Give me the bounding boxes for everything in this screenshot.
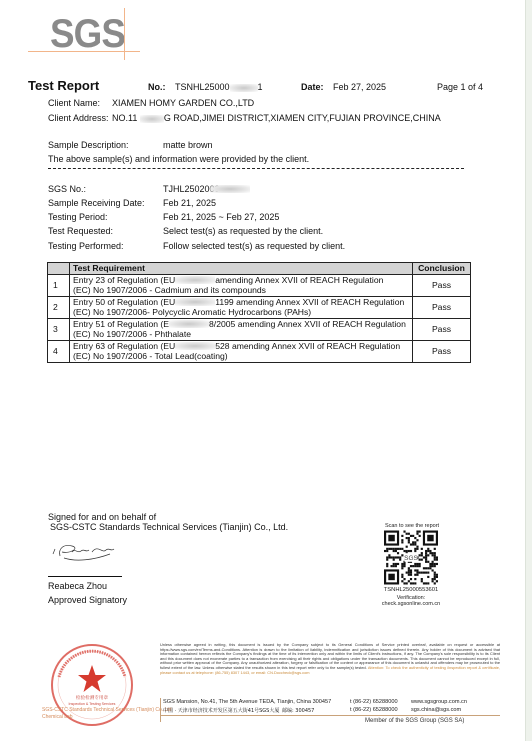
dashed-divider [48, 168, 464, 169]
signature-line [48, 576, 122, 577]
redacted-blur [230, 84, 258, 92]
qr-verification-site: check.sgsonline.com.cn [378, 601, 444, 607]
sample-description-label: Sample Description: [48, 140, 129, 150]
table-header-num [48, 263, 70, 275]
table-row: 3Entry 51 of Regulation (E8/2005 amendin… [48, 318, 471, 340]
stamp-text-line2: Chemical Lab [42, 714, 73, 720]
client-name-value: XIAMEN HOMY GARDEN CO.,LTD [112, 98, 254, 108]
row-requirement: Entry 23 of Regulation (EUamending Annex… [70, 274, 413, 296]
logo-accent-line [124, 8, 125, 60]
footer-rule [160, 715, 500, 716]
client-address-label: Client Address: [48, 113, 109, 123]
requirement-line1a: Entry 63 of Regulation (EU [73, 341, 175, 351]
requirement-line1a: Entry 51 of Regulation (E [73, 319, 169, 329]
signer-title: Approved Signatory [48, 595, 127, 605]
test-requirements-table: Test Requirement Conclusion 1Entry 23 of… [47, 262, 471, 363]
qr-caption: Scan to see the report [382, 523, 442, 529]
report-number-label: No.: [148, 82, 166, 92]
redacted-blur [210, 185, 250, 193]
requirement-line1b: amending Annex XVII of REACH Regulation [215, 275, 383, 285]
requirement-line1b: 528 amending Annex XVII of REACH Regulat… [215, 341, 400, 351]
date-value: Feb 27, 2025 [333, 82, 386, 92]
detail-label: Sample Receiving Date: [48, 198, 145, 208]
requirement-line2: (EC) No 1907/2006 - Cadmium and its comp… [73, 285, 266, 295]
detail-value: Select test(s) as requested by the clien… [163, 226, 323, 236]
detail-value: Follow selected test(s) as requested by … [163, 241, 345, 251]
requirement-line1a: Entry 50 of Regulation (EU [73, 297, 175, 307]
client-address-value: NO.11 G ROAD,JIMEI DISTRICT,XIAMEN CITY,… [112, 113, 441, 123]
row-conclusion: Pass [413, 274, 471, 296]
detail-label: Testing Period: [48, 212, 108, 222]
address-start: NO.11 [112, 113, 137, 123]
date-label: Date: [301, 82, 324, 92]
redacted-blur [175, 342, 215, 350]
requirement-line2: (EC) No 1907/2006- Polycyclic Aromatic H… [73, 307, 311, 317]
row-requirement: Entry 51 of Regulation (E8/2005 amending… [70, 318, 413, 340]
row-conclusion: Pass [413, 296, 471, 318]
handwritten-signature [50, 540, 120, 564]
page-right-edge [525, 0, 532, 741]
row-number: 1 [48, 274, 70, 296]
sample-provided-note: The above sample(s) and information were… [48, 154, 309, 164]
detail-value: Feb 21, 2025 [163, 198, 216, 208]
requirement-line1a: Entry 23 of Regulation (EU [73, 275, 175, 285]
row-number: 2 [48, 296, 70, 318]
detail-label: SGS No.: [48, 184, 86, 194]
qr-code[interactable]: SGS [384, 530, 438, 585]
row-requirement: Entry 63 of Regulation (EU528 amending A… [70, 340, 413, 362]
redacted-blur [175, 276, 215, 284]
address-en: SGS Mansion, No.41, The 5th Avenue TEDA,… [163, 699, 331, 705]
row-requirement: Entry 50 of Regulation (EU1199 amending … [70, 296, 413, 318]
row-number: 3 [48, 318, 70, 340]
detail-value: Feb 21, 2025 ~ Feb 27, 2025 [163, 212, 279, 222]
stamp-center-en: Inspection & Testing Services [69, 702, 116, 706]
official-seal-stamp: 检验检测专用章 Inspection & Testing Services [45, 641, 139, 735]
redacted-blur [169, 320, 209, 328]
table-row: 4Entry 63 of Regulation (EU528 amending … [48, 340, 471, 362]
signing-company: SGS-CSTC Standards Technical Services (T… [50, 522, 288, 532]
redacted-blur [175, 298, 215, 306]
table-header-conclusion: Conclusion [413, 263, 471, 275]
qr-report-code: TSNHL25000553601 [378, 587, 444, 593]
email-link[interactable]: sgs.china@sgs.com [411, 707, 461, 713]
requirement-line2: (EC) No 1907/2006 - Total Lead(coating) [73, 351, 228, 361]
report-number-tail: 1 [258, 82, 263, 92]
address-end: G ROAD,JIMEI DISTRICT,XIAMEN CITY,FUJIAN… [164, 113, 441, 123]
report-number-value: TSNHL25000 [175, 82, 230, 92]
website-link[interactable]: www.sgsgroup.com.cn [411, 699, 467, 705]
table-header-row: Test Requirement Conclusion [48, 263, 471, 275]
page-indicator: Page 1 of 4 [437, 82, 483, 92]
legal-disclaimer: Unless otherwise agreed in writing, this… [160, 643, 500, 675]
address-cn: 中国 · 天津市经济技术开发区第五大街41号SGS大厦 [163, 707, 279, 714]
report-number: TSNHL250001 [175, 82, 263, 92]
row-conclusion: Pass [413, 318, 471, 340]
table-row: 1Entry 23 of Regulation (EUamending Anne… [48, 274, 471, 296]
requirement-line2: (EC) No 1907/2006 - Phthalate [73, 329, 191, 339]
footer-divider [160, 698, 161, 722]
sample-description-value: matte brown [163, 140, 213, 150]
requirement-line1b: 8/2005 amending Annex XVII of REACH Regu… [209, 319, 406, 329]
phone-2: t (86-22) 65288000 [350, 707, 398, 713]
redacted-blur [140, 115, 164, 123]
stamp-center-cn: 检验检测专用章 [76, 694, 109, 701]
requirement-line1b: 1199 amending Annex XVII of REACH Regula… [215, 297, 404, 307]
row-number: 4 [48, 340, 70, 362]
signer-name: Reabeca Zhou [48, 581, 107, 591]
table-header-requirement: Test Requirement [70, 263, 413, 275]
phone-1: t (86-22) 65288000 [350, 699, 398, 705]
detail-label: Test Requested: [48, 226, 113, 236]
row-conclusion: Pass [413, 340, 471, 362]
stamp-text-line1: SGS-CSTC Standards Technical Services (T… [42, 707, 172, 713]
detail-label: Testing Performed: [48, 241, 124, 251]
sgs-member-note: Member of the SGS Group (SGS SA) [365, 718, 464, 724]
report-title: Test Report [28, 78, 99, 93]
postcode-cn: 邮编: 300457 [282, 707, 314, 714]
signed-on-behalf: Signed for and on behalf of [48, 512, 156, 522]
svg-text:SGS: SGS [404, 555, 418, 562]
client-name-label: Client Name: [48, 98, 100, 108]
table-row: 2Entry 50 of Regulation (EU1199 amending… [48, 296, 471, 318]
